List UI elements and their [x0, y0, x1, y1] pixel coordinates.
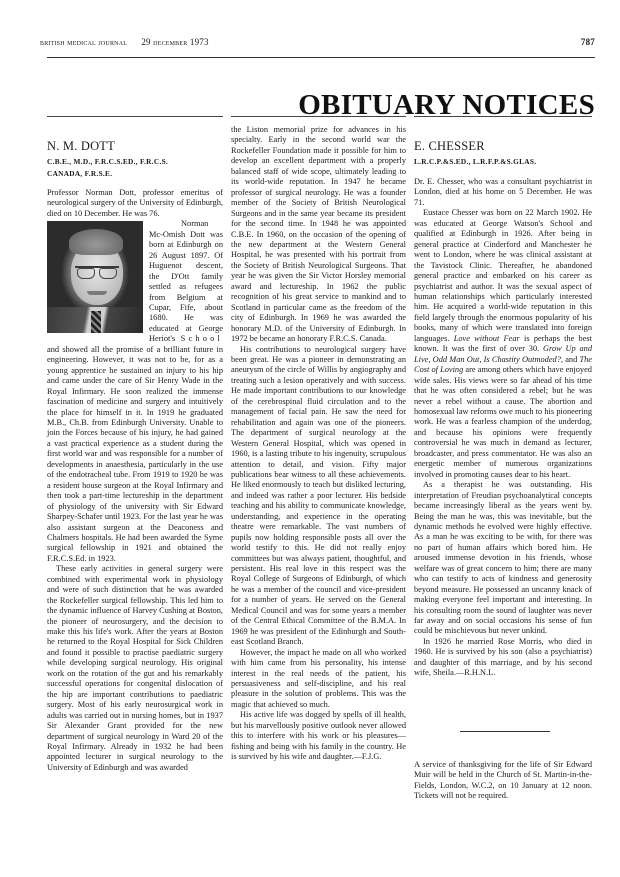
- obituary-paragraph: Eustace Chesser was born on 22 March 190…: [414, 208, 592, 480]
- obituary-paragraph: His active life was dogged by spells of …: [231, 710, 406, 762]
- issue-year: 1973: [190, 37, 209, 47]
- obituary-paragraph: As a therapist he was outstanding. His i…: [414, 480, 592, 637]
- header-rule: [47, 57, 595, 58]
- portrait-photo: [47, 221, 143, 333]
- obituary-qualifications: C.B.E., M.D., F.R.C.S.ED., F.R.C.S.: [47, 156, 223, 168]
- section-title: OBITUARY NOTICES: [298, 89, 595, 122]
- obituary-name: E. CHESSER: [414, 139, 592, 153]
- issue-date: 29 December 1973: [141, 37, 208, 47]
- page-number: 787: [581, 37, 595, 47]
- obituary-qualifications: L.R.C.P.&S.ED., L.R.F.P.&S.GLAS.: [414, 156, 592, 168]
- book-title: Love without Fear: [454, 334, 520, 343]
- column-rule-1: [47, 116, 223, 117]
- obituary-paragraph: In 1926 he married Rose Morris, who died…: [414, 637, 592, 679]
- obituary-lead: Dr. E. Chesser, who was a consultant psy…: [414, 177, 592, 208]
- issue-day: 29: [141, 37, 150, 47]
- notice-text: A service of thanksgiving for the life o…: [414, 760, 592, 802]
- obituary-qualifications-cont: CANADA, F.R.S.E.: [47, 168, 223, 180]
- journal-name: British Medical Journal: [40, 37, 127, 47]
- obituary-name: N. M. DOTT: [47, 139, 223, 153]
- obituary-dott-column-1: N. M. DOTT C.B.E., M.D., F.R.C.S.ED., F.…: [47, 139, 223, 773]
- obituary-dott-column-2: the Liston memorial prize for advances i…: [231, 125, 406, 763]
- obituary-lead: Professor Norman Dott, professor emeritu…: [47, 188, 223, 219]
- column-rule-2: [231, 116, 406, 117]
- glasses-shape: [75, 266, 119, 278]
- running-head: British Medical Journal 29 December 1973…: [40, 37, 595, 51]
- notice-divider: [460, 731, 550, 732]
- column-rule-3: [414, 116, 592, 117]
- obituary-chesser: E. CHESSER L.R.C.P.&S.ED., L.R.F.P.&S.GL…: [414, 139, 592, 679]
- memorial-service-notice: A service of thanksgiving for the life o…: [414, 760, 592, 802]
- obituary-paragraph: However, the impact he made on all who w…: [231, 648, 406, 711]
- obituary-paragraph: His contributions to neurological surger…: [231, 345, 406, 648]
- issue-month: December: [153, 37, 187, 47]
- obituary-paragraph-continued: the Liston memorial prize for advances i…: [231, 125, 406, 345]
- portrait-image: [47, 221, 143, 333]
- obituary-paragraph: These early activities in general surger…: [47, 564, 223, 773]
